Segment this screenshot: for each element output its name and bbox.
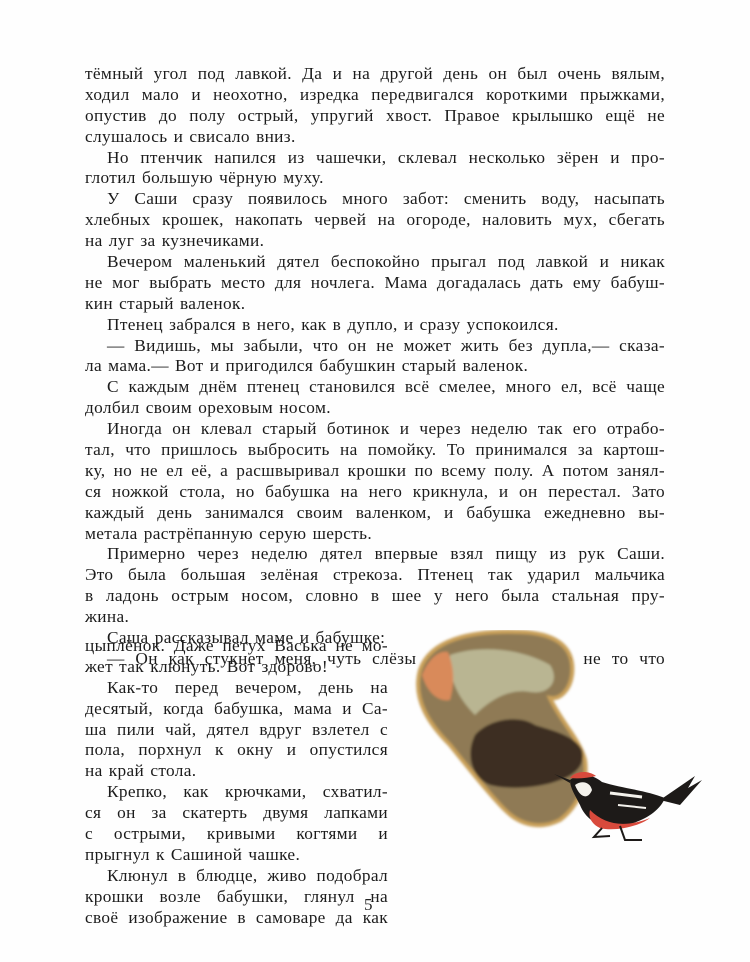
- text-line: хлебных крошек, накопать червей на огоро…: [85, 210, 665, 231]
- woodpecker-icon: [554, 772, 702, 840]
- text-line: пола, порхнул к окну и опустился: [85, 740, 388, 761]
- text-line: ходил мало и неохотно, изредка передвига…: [85, 85, 665, 106]
- book-page: тёмный угол под лавкой. Да и на другой д…: [0, 0, 750, 962]
- text-line: ла мама.— Вот и пригодился бабушкин стар…: [85, 356, 665, 377]
- text-line: С каждым днём птенец становился всё смел…: [85, 377, 665, 398]
- text-line: глотил большую чёрную муху.: [85, 168, 665, 189]
- text-line: крошки возле бабушки, глянул на: [85, 887, 388, 908]
- text-line: ку, но не ел её, а расшвыривал крошки по…: [85, 461, 665, 482]
- text-line: долбил своим ореховым носом.: [85, 398, 665, 419]
- text-line: Это была большая зелёная стрекоза. Птене…: [85, 565, 665, 586]
- text-line: Клюнул в блюдце, живо подобрал: [85, 866, 388, 887]
- text-line: кин старый валенок.: [85, 294, 665, 315]
- text-line: У Саши сразу появилось много забот: смен…: [85, 189, 665, 210]
- text-line: Примерно через неделю дятел впервые взял…: [85, 544, 665, 565]
- text-line: своё изображение в самоваре да как: [85, 908, 388, 929]
- text-line: на луг за кузнечиками.: [85, 231, 665, 252]
- text-line: не мог выбрать место для ночлега. Мама д…: [85, 273, 665, 294]
- text-line: Как-то перед вечером, день на: [85, 678, 388, 699]
- text-line: ша пили чай, дятел вдруг взлетел с: [85, 720, 388, 741]
- text-line: с острыми, кривыми когтями и: [85, 824, 388, 845]
- text-line: жет так клюнуть. Вот здо́рово!: [85, 657, 388, 678]
- text-line: Вечером маленький дятел беспокойно прыга…: [85, 252, 665, 273]
- page-number: 5: [364, 895, 373, 915]
- text-line: каждый день занимался своим валенком, и …: [85, 503, 665, 524]
- felt-boot-icon: [418, 632, 586, 825]
- text-line: — Видишь, мы забыли, что он не может жит…: [85, 336, 665, 357]
- text-line: тёмный угол под лавкой. Да и на другой д…: [85, 64, 665, 85]
- text-line: на край стола.: [85, 761, 388, 782]
- text-column-narrow: цыплёнок. Даже петух Васька не мо-жет та…: [85, 636, 388, 928]
- text-line: жина.: [85, 607, 665, 628]
- boot-and-woodpecker-illustration: [410, 630, 740, 870]
- text-line: слушалось и свисало вниз.: [85, 127, 665, 148]
- text-line: Птенец забрался в него, как в дупло, и с…: [85, 315, 665, 336]
- text-line: тал, что пришлось выбросить на помойку. …: [85, 440, 665, 461]
- text-line: прыгнул к Сашиной чашке.: [85, 845, 388, 866]
- text-line: Иногда он клевал старый ботинок и через …: [85, 419, 665, 440]
- text-line: метала растрёпанную серую шерсть.: [85, 524, 665, 545]
- text-line: ся он за скатерть двумя лапками: [85, 803, 388, 824]
- text-line: Крепко, как крючками, схватил-: [85, 782, 388, 803]
- text-line: цыплёнок. Даже петух Васька не мо-: [85, 636, 388, 657]
- text-line: опустив до полу острый, упругий хвост. П…: [85, 106, 665, 127]
- text-line: ся ножкой стола, но бабушка на него крик…: [85, 482, 665, 503]
- text-line: десятый, когда бабушка, мама и Са-: [85, 699, 388, 720]
- text-line: Но птенчик напился из чашечки, склевал н…: [85, 148, 665, 169]
- text-column-full: тёмный угол под лавкой. Да и на другой д…: [85, 64, 665, 670]
- text-line: в ладонь острым носом, словно в шее у не…: [85, 586, 665, 607]
